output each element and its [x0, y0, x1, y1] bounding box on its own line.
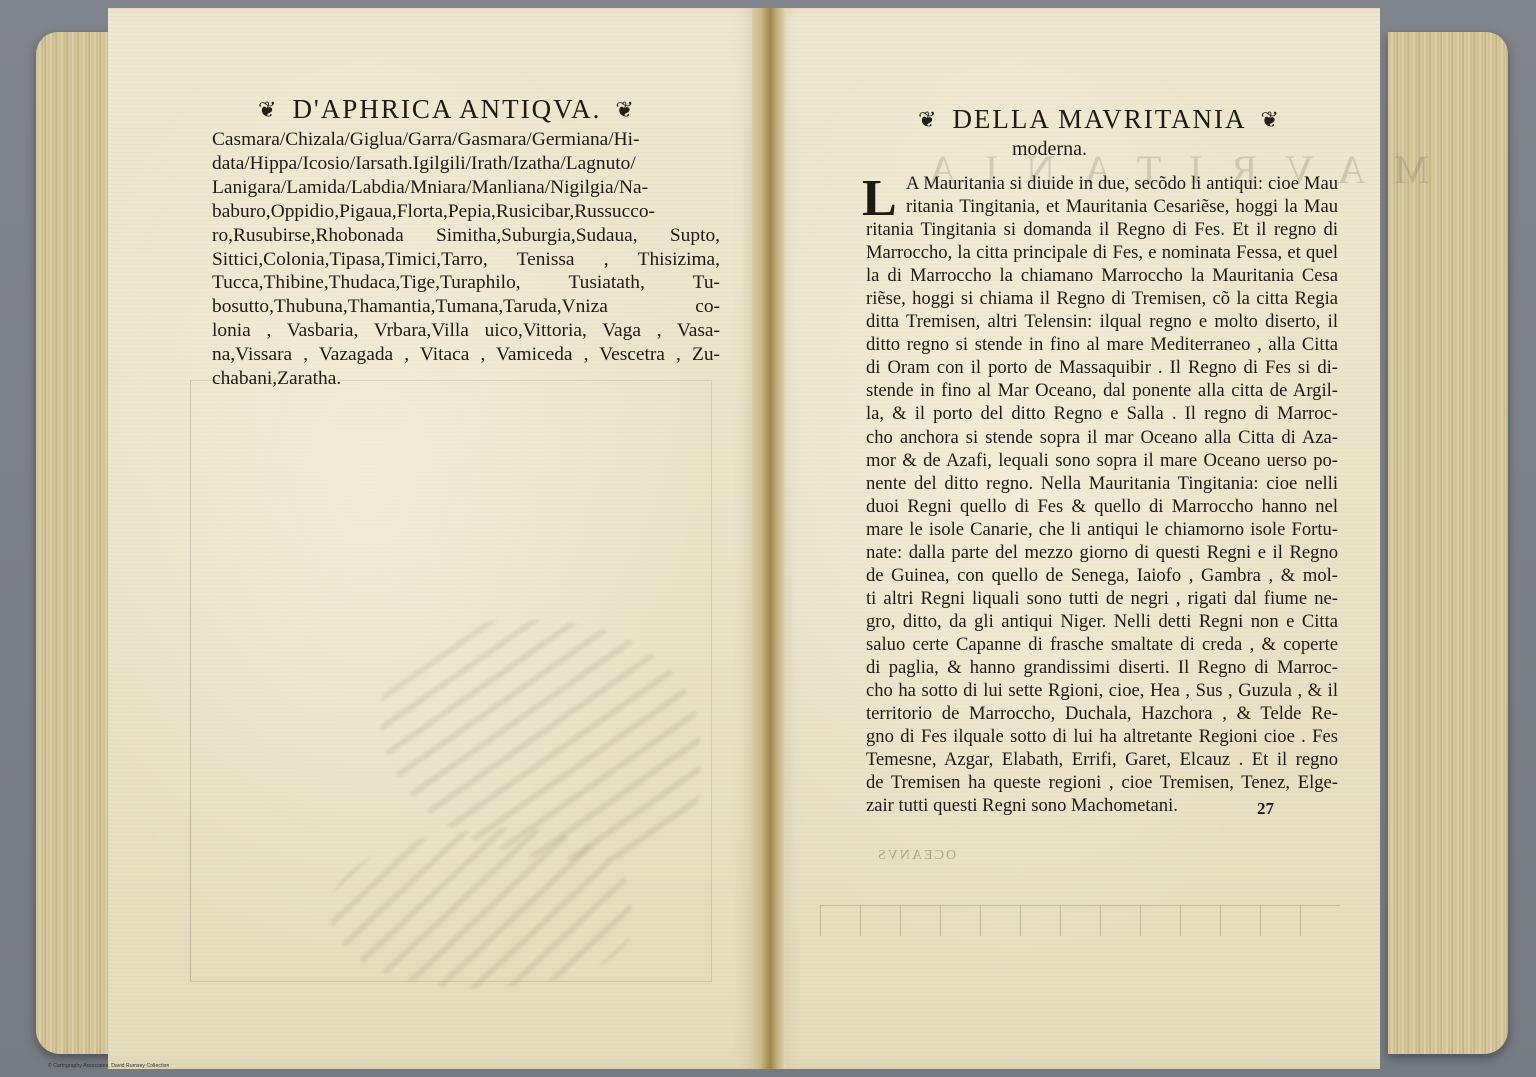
left-running-head-text: D'APHRICA ANTIQVA. [292, 94, 601, 125]
text-line: baburo,Oppidio,Pigaua,Florta,Pepia,Rusic… [212, 200, 720, 224]
fleuron-icon: ❦ [258, 97, 278, 123]
text-line: duoi Regni quello di Fes & quello di Mar… [866, 495, 1338, 518]
text-line: de Guinea, con quello de Senega, Iaiofo … [866, 564, 1338, 587]
text-line: chabani,Zaratha. [212, 367, 720, 391]
fleuron-icon: ❦ [1261, 107, 1281, 133]
text-line: de Tremisen ha queste regioni , cioe Tre… [866, 771, 1338, 794]
fleuron-icon: ❦ [615, 97, 635, 123]
text-line: di paglia, & hanno grandissimi diserti. … [866, 656, 1338, 679]
text-line: ti altri Regni liquali sono tutti de neg… [866, 587, 1338, 610]
fleuron-icon: ❦ [918, 107, 938, 133]
text-line: saluo certe Capanne di frasche smaltate … [866, 633, 1338, 656]
text-line: la di Marroccho la chiamano Marroccho la… [866, 264, 1338, 287]
text-line: data/Hippa/Icosio/Iarsath.Igilgili/Irath… [212, 152, 720, 176]
text-line: riẽse, hoggi si chiama il Regno di Tremi… [866, 287, 1338, 310]
text-line: na,Vissara , Vazagada , Vitaca , Vamiced… [212, 343, 720, 367]
text-line: Casmara/Chizala/Giglua/Garra/Gasmara/Ger… [212, 128, 720, 152]
text-line: ditta Tremisen, altri Telensin: ilqual r… [866, 310, 1338, 333]
text-line: nente del ditto regno. Nella Mauritania … [866, 472, 1338, 495]
text-line: cho ha sotto di lui sette Rgioni, cioe, … [866, 679, 1338, 702]
text-line: Marroccho, la citta principale di Fes, e… [866, 241, 1338, 264]
text-line: di Oram con il porto de Massaquibir . Il… [866, 356, 1338, 379]
text-line: Sittici,Colonia,Tipasa,Timici,Tarro, Ten… [212, 248, 720, 272]
text-line: ritania Tingitania si domanda il Regno d… [866, 218, 1338, 241]
text-line: stende in fino al Mar Oceano, dal ponent… [866, 379, 1338, 402]
right-running-head-text: DELLA MAVRITANIA [952, 104, 1246, 135]
text-line: cho anchora si stende sopra il mar Ocean… [866, 426, 1338, 449]
text-line: gro, ditto, da gli antiqui Niger. Nelli … [866, 610, 1338, 633]
right-running-head: ❦ DELLA MAVRITANIA ❦ [918, 104, 1281, 135]
text-line: mor & de Azafi, lequali sono sopra il ma… [866, 449, 1338, 472]
text-line: Lanigara/Lamida/Labdia/Mniara/Manliana/N… [212, 176, 720, 200]
text-line: Temesne, Azgar, Elabath, Errifi, Garet, … [866, 748, 1338, 771]
text-line: ro,Rusubirse,Rhobonada Simitha,Suburgia,… [212, 224, 720, 248]
text-line: bosutto,Thubuna,Thamantia,Tumana,Taruda,… [212, 295, 720, 319]
left-page-text: Casmara/Chizala/Giglua/Garra/Gasmara/Ger… [212, 128, 720, 391]
page-number: 27 [1257, 799, 1274, 819]
text-line: A Mauritania si diuide in due, secõdo li… [866, 172, 1338, 195]
show-through-scale-bar [820, 905, 1340, 936]
right-page-text: A Mauritania si diuide in due, secõdo li… [866, 172, 1338, 817]
text-line: nate: dalla parte del mezzo giorno di qu… [866, 541, 1338, 564]
text-line: lonia , Vasbaria, Vrbara,Villa uico,Vitt… [212, 319, 720, 343]
scan-credit: © Cartography Associates, David Rumsey C… [48, 1063, 169, 1069]
right-page-edges [1388, 32, 1508, 1054]
text-line: ritania Tingitania, et Mauritania Cesari… [866, 195, 1338, 218]
text-line: ditto regno si stende in fino al mare Me… [866, 333, 1338, 356]
text-line: mare le isole Canarie, che li antiqui le… [866, 518, 1338, 541]
book-gutter [752, 8, 786, 1069]
left-running-head: ❦ D'APHRICA ANTIQVA. ❦ [258, 94, 636, 125]
text-line: territorio de Marroccho, Duchala, Hazcho… [866, 702, 1338, 725]
right-subheading: moderna. [1012, 138, 1087, 161]
text-line: la, & il porto del ditto Regno e Salla .… [866, 402, 1338, 425]
text-line: gno di Fes ilquale sotto di lui ha altre… [866, 725, 1338, 748]
text-line: Tucca,Thibine,Thudaca,Tige,Turaphilo, Tu… [212, 271, 720, 295]
scan-background: MAVRITANIA OCEANVS ❦ D'APHRICA ANTIQVA. … [0, 0, 1536, 1077]
